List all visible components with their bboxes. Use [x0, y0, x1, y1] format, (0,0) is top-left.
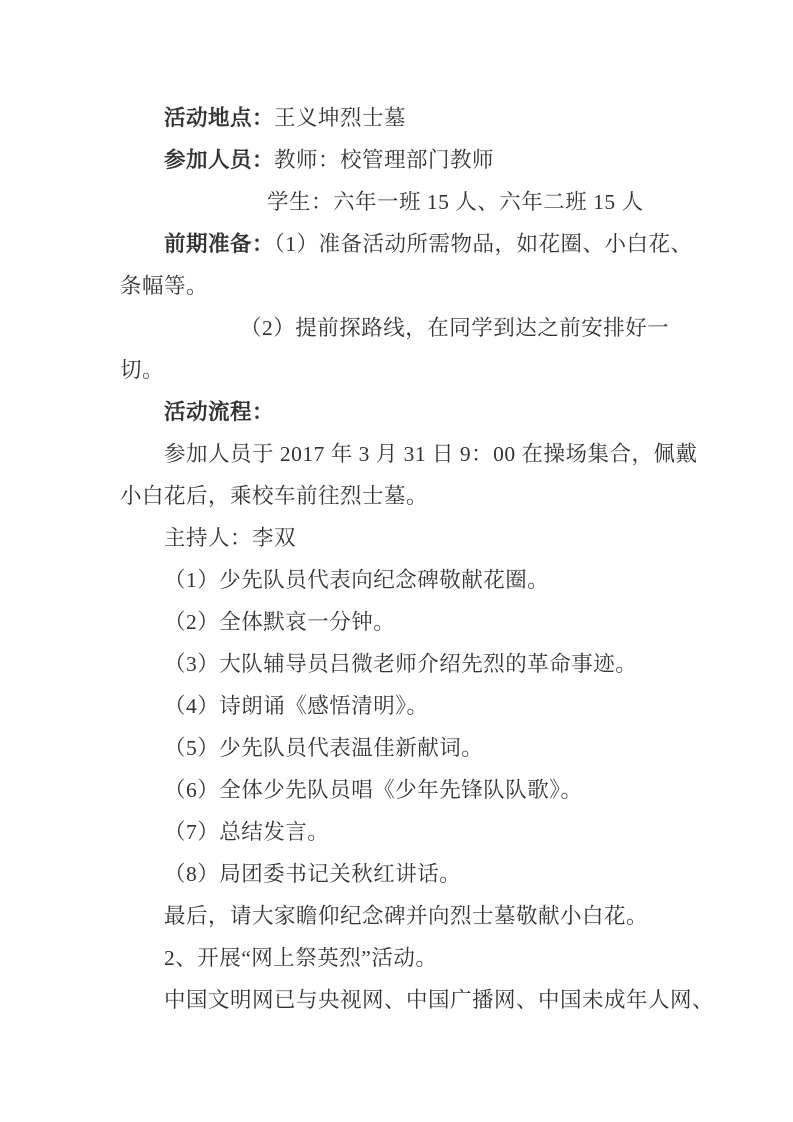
line-text: （2）提前探路线，在同学到达之前安排好一 [240, 316, 669, 340]
line-label: 活动地点： [164, 106, 274, 130]
text-line: 前期准备：（1）准备活动所需物品，如花圈、小白花、 [120, 223, 693, 265]
text-line: （5）少先队员代表温佳新献词。 [120, 727, 693, 769]
line-label: 前期准备： [164, 232, 274, 256]
text-line: （6）全体少先队员唱《少年先锋队队歌》。 [120, 769, 693, 811]
text-line: 活动地点：王义坤烈士墓 [120, 97, 693, 139]
line-text: 2、开展“网上祭英烈”活动。 [164, 946, 437, 970]
text-line: （2）全体默哀一分钟。 [120, 601, 693, 643]
line-text: 中国文明网已与央视网、中国广播网、中国未成年人网、 [164, 988, 714, 1012]
line-text: 小白花后，乘校车前往烈士墓。 [120, 484, 428, 508]
line-text: 参加人员于 2017 年 3 月 31 日 9：00 在操场集合，佩戴 [164, 442, 698, 466]
text-line: （1）少先队员代表向纪念碑敬献花圈。 [120, 559, 693, 601]
line-text: （4）诗朗诵《感悟清明》。 [164, 694, 429, 718]
line-text: （1）准备活动所需物品，如花圈、小白花、 [274, 232, 693, 256]
text-line: 中国文明网已与央视网、中国广播网、中国未成年人网、 [120, 979, 693, 1021]
line-text: （7）总结发言。 [164, 820, 329, 844]
text-line: （2）提前探路线，在同学到达之前安排好一 [120, 307, 693, 349]
text-line: 条幅等。 [120, 265, 693, 307]
text-line: 小白花后，乘校车前往烈士墓。 [120, 475, 693, 517]
line-text: （1）少先队员代表向纪念碑敬献花圈。 [164, 568, 549, 592]
line-text: （2）全体默哀一分钟。 [164, 610, 395, 634]
line-text: 王义坤烈士墓 [274, 106, 406, 130]
text-line: 主持人：李双 [120, 517, 693, 559]
text-line: （4）诗朗诵《感悟清明》。 [120, 685, 693, 727]
line-text: 条幅等。 [120, 274, 208, 298]
text-line: （8）局团委书记关秋红讲话。 [120, 853, 693, 895]
line-text: 学生：六年一班 15 人、六年二班 15 人 [267, 190, 644, 214]
text-line: 最后，请大家瞻仰纪念碑并向烈士墓敬献小白花。 [120, 895, 693, 937]
text-line: （3）大队辅导员吕微老师介绍先烈的革命事迹。 [120, 643, 693, 685]
text-line: 切。 [120, 349, 693, 391]
text-line: 2、开展“网上祭英烈”活动。 [120, 937, 693, 979]
line-text: 教师：校管理部门教师 [274, 148, 494, 172]
line-text: 主持人：李双 [164, 526, 296, 550]
text-line: 参加人员于 2017 年 3 月 31 日 9：00 在操场集合，佩戴 [120, 433, 693, 475]
text-line: 活动流程： [120, 391, 693, 433]
line-text: 最后，请大家瞻仰纪念碑并向烈士墓敬献小白花。 [164, 904, 648, 928]
document-page: 活动地点：王义坤烈士墓 参加人员：教师：校管理部门教师 学生：六年一班 15 人… [0, 0, 793, 1122]
line-label: 活动流程： [164, 400, 274, 424]
line-text: （5）少先队员代表温佳新献词。 [164, 736, 483, 760]
line-text: （8）局团委书记关秋红讲话。 [164, 862, 461, 886]
line-text: （3）大队辅导员吕微老师介绍先烈的革命事迹。 [164, 652, 637, 676]
line-label: 参加人员： [164, 148, 274, 172]
text-line: 学生：六年一班 15 人、六年二班 15 人 [120, 181, 693, 223]
line-text: 切。 [120, 358, 164, 382]
line-text: （6）全体少先队员唱《少年先锋队队歌》。 [164, 778, 583, 802]
text-line: （7）总结发言。 [120, 811, 693, 853]
text-line: 参加人员：教师：校管理部门教师 [120, 139, 693, 181]
